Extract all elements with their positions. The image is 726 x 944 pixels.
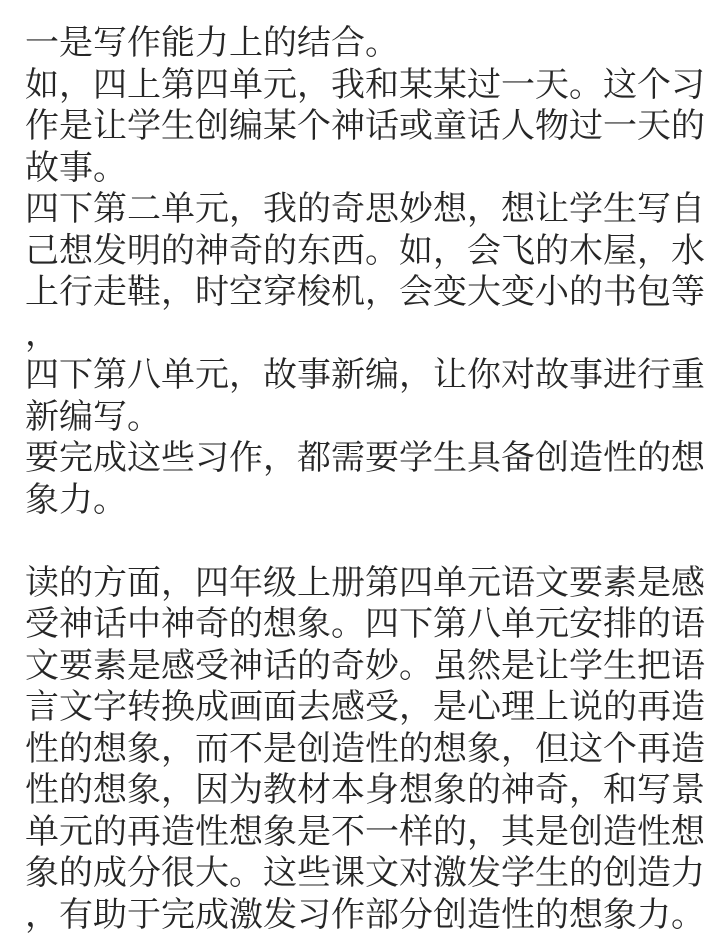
document-page: 一是写作能力上的结合。如，四上第四单元，我和某某过一天。这个习作是让学生创编某个…: [0, 0, 726, 944]
paragraph: 四下第二单元，我的奇思妙想，想让学生写自己想发明的神奇的东西。如，会飞的木屋，水…: [25, 189, 705, 355]
paragraph: 要完成这些习作，都需要学生具备创造性的想象力。: [25, 438, 705, 521]
document-text-body: 一是写作能力上的结合。如，四上第四单元，我和某某过一天。这个习作是让学生创编某个…: [25, 23, 705, 936]
paragraph: 四下第八单元，故事新编，让你对故事进行重新编写。: [25, 355, 705, 438]
paragraph: [25, 521, 705, 563]
paragraph: 读的方面，四年级上册第四单元语文要素是感受神话中神奇的想象。四下第八单元安排的语…: [25, 563, 705, 937]
paragraph: 一是写作能力上的结合。: [25, 23, 705, 65]
paragraph: 如，四上第四单元，我和某某过一天。这个习作是让学生创编某个神话或童话人物过一天的…: [25, 65, 705, 190]
